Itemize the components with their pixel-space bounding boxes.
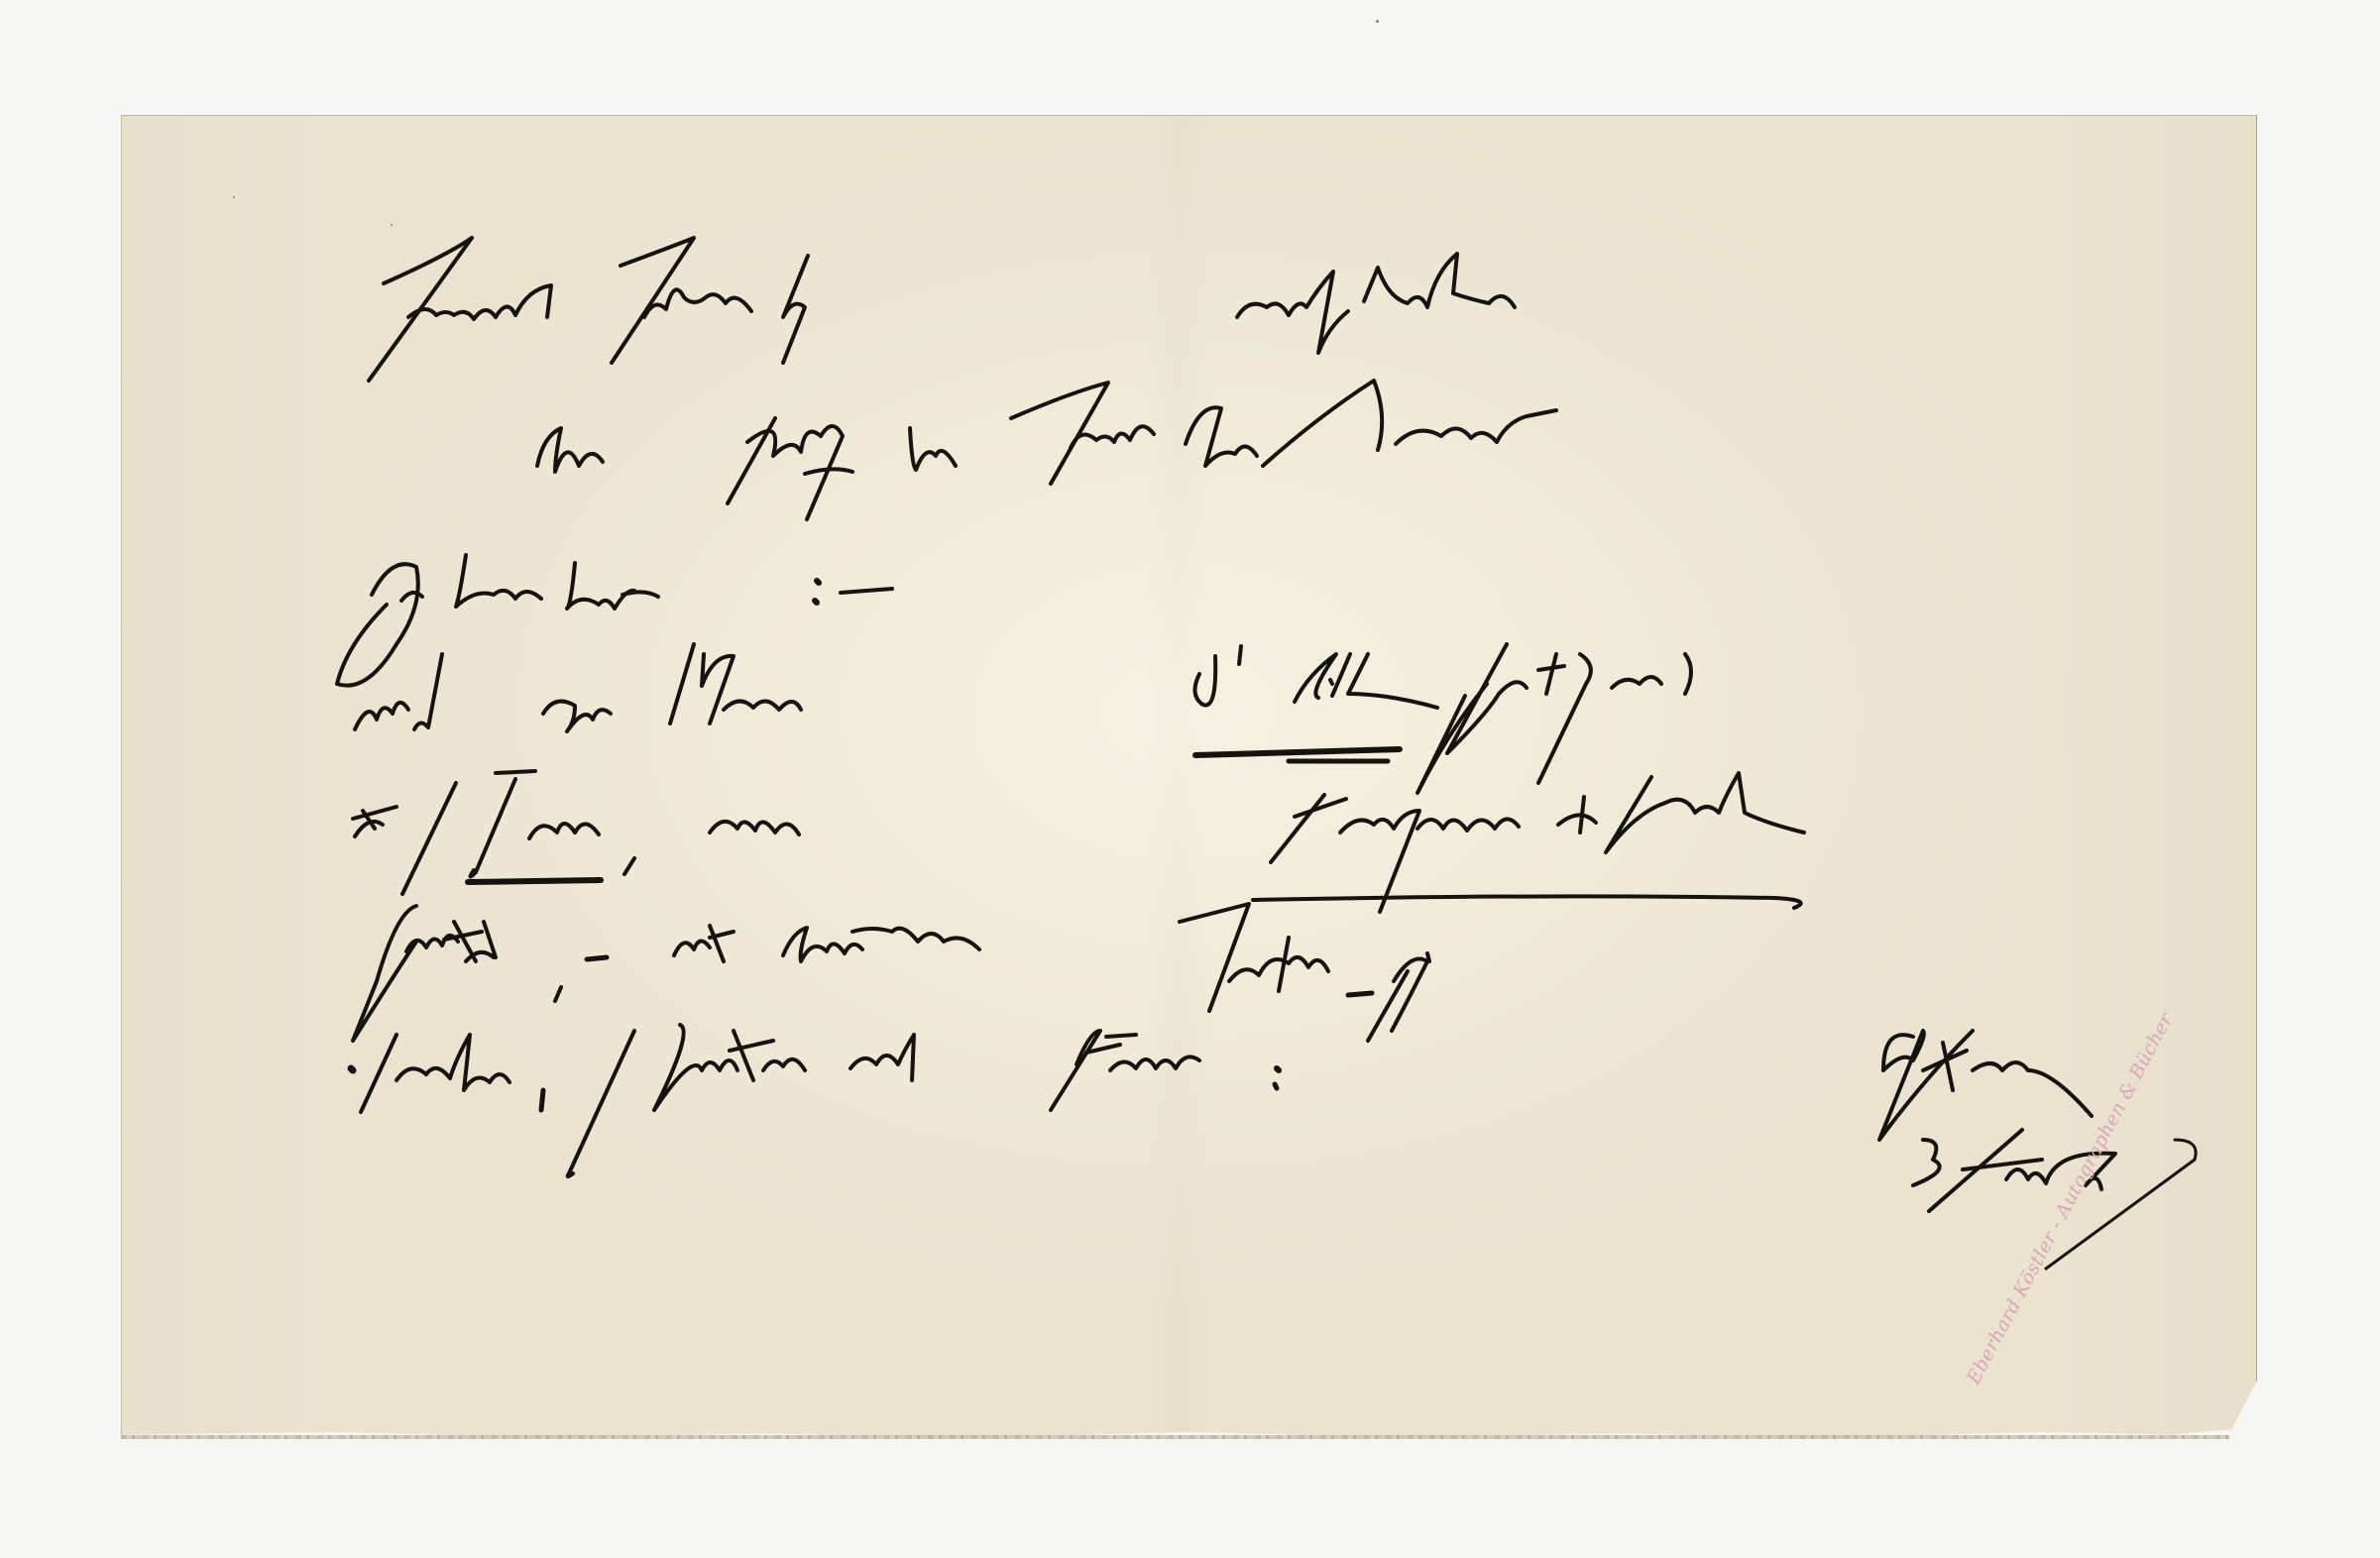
line-4-strokes (355, 644, 1691, 793)
line-7-strokes (351, 1025, 2092, 1176)
handwritten-text-strokes (0, 0, 2380, 1558)
underline-franziscus (1253, 896, 1801, 908)
line-2-strokes (537, 381, 1556, 519)
line-5-strokes (353, 761, 1804, 912)
line-6-strokes (353, 904, 1429, 1041)
line-1-strokes (369, 238, 1515, 381)
line-3-strokes (337, 555, 892, 686)
underline-jena (468, 880, 601, 882)
